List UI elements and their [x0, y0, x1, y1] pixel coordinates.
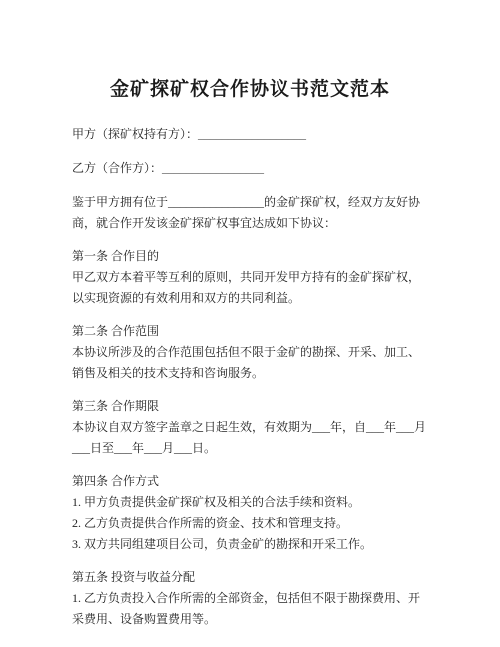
document-title: 金矿探矿权合作协议书范文范本	[72, 78, 428, 102]
party-a-line: 甲方（探矿权持有方）：__________________	[72, 124, 428, 145]
section-1-heading: 第一条 合作目的	[72, 240, 428, 267]
section-5-item-1: 1. 乙方负责投入合作所需的全部资金，包括但不限于勘探费用、开采费用、设备购置费…	[72, 588, 428, 630]
section-cooperation-term: 第三条 合作期限 本协议自双方签字盖章之日起生效，有效期为___年，自___年_…	[72, 390, 428, 459]
party-a-label: 甲方（探矿权持有方）：	[72, 127, 198, 141]
section-5-heading: 第五条 投资与收益分配	[72, 561, 428, 588]
section-4-item-1: 1. 甲方负责提供金矿探矿权及相关的合法手续和资料。	[72, 492, 428, 513]
party-a-blank-field: __________________	[198, 127, 306, 141]
section-cooperation-method: 第四条 合作方式 1. 甲方负责提供金矿探矿权及相关的合法手续和资料。 2. 乙…	[72, 465, 428, 555]
party-b-label: 乙方（合作方）：	[72, 161, 162, 175]
section-2-body: 本协议所涉及的合作范围包括但不限于金矿的勘探、开采、加工、销售及相关的技术支持和…	[72, 342, 428, 384]
section-investment-distribution: 第五条 投资与收益分配 1. 乙方负责投入合作所需的全部资金，包括但不限于勘探费…	[72, 561, 428, 630]
section-1-body: 甲乙双方本着平等互利的原则，共同开发甲方持有的金矿探矿权，以实现资源的有效利用和…	[72, 267, 428, 309]
party-b-line: 乙方（合作方）：_________________	[72, 158, 428, 179]
section-cooperation-scope: 第二条 合作范围 本协议所涉及的合作范围包括但不限于金矿的勘探、开采、加工、销售…	[72, 315, 428, 384]
section-cooperation-purpose: 第一条 合作目的 甲乙双方本着平等互利的原则，共同开发甲方持有的金矿探矿权，以实…	[72, 240, 428, 309]
section-4-item-3: 3. 双方共同组建项目公司，负责金矿的勘探和开采工作。	[72, 534, 428, 555]
section-3-heading: 第三条 合作期限	[72, 390, 428, 417]
section-2-heading: 第二条 合作范围	[72, 315, 428, 342]
section-4-item-2: 2. 乙方负责提供合作所需的资金、技术和管理支持。	[72, 513, 428, 534]
section-3-body: 本协议自双方签字盖章之日起生效，有效期为___年，自___年___月___日至_…	[72, 417, 428, 459]
party-b-blank-field: _________________	[162, 161, 264, 175]
preamble-paragraph: 鉴于甲方拥有位于________________的金矿探矿权，经双方友好协商，就…	[72, 192, 428, 234]
section-4-heading: 第四条 合作方式	[72, 465, 428, 492]
document-page: 金矿探矿权合作协议书范文范本 甲方（探矿权持有方）：______________…	[0, 0, 500, 647]
